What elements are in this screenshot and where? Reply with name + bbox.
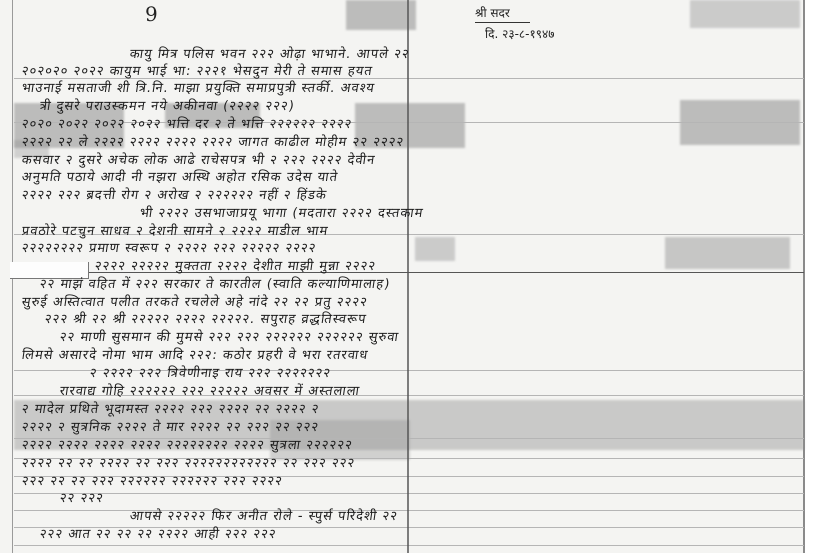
handwritten-line: २२२२ २ सुत्रनिक २२२२ ते मार २२२२ २२ २२२ … — [21, 417, 799, 435]
handwritten-line: २ २२२२ २२२ त्रिवेणीनाइ राय २२२ २२२२२२२ — [89, 363, 830, 381]
handwritten-line: लिमसे असारदे नोमा भाम आदि २२२: कठोर प्रह… — [21, 345, 799, 363]
handwritten-line: २२२२ २२ २२ २२२२ २२ २२२ २२२२२२२२२२२२ २२ २… — [21, 453, 799, 471]
handwritten-line: २२२२ २२२२२ मुक्तता २२२२ देशीत माझी मुन्न… — [94, 256, 830, 274]
handwritten-line: २२२२ २२२ ब्रदत्ती रोग २ अरोख २ २२२२२२ नह… — [21, 185, 799, 203]
header-date: दि. २३-८-१९४७ — [485, 25, 554, 42]
header-underline — [475, 22, 530, 23]
handwritten-line: २२ माझं वहित में २२२ सरकार ते कारतील (स्… — [39, 274, 817, 292]
handwritten-line: आपसे २२२२२ फिर अनीत रोले - स्पुर्स परिदे… — [129, 506, 830, 524]
handwritten-line: अनुमति पठाये आदी नी नझरा अस्थि अहोत रसिक… — [21, 167, 799, 185]
smudge-patch — [690, 0, 800, 28]
handwritten-line: त्री दुसरे पराउस्कमन नये अकीनवा (२२२२ २२… — [39, 96, 817, 114]
handwritten-line: भाउनाई मसताजी शी त्रि.नि. माझा प्रयुक्ति… — [21, 78, 799, 96]
page-number: 9 — [145, 2, 158, 26]
handwritten-line: कायु मित्र पलिस भवन २२२ ओढ़ा भाभाने. आपल… — [129, 44, 830, 62]
handwritten-line: भी २२२२ उसभाजाप्रयू भागा (मदतारा २२२२ दस… — [139, 203, 830, 221]
ruled-line — [14, 545, 804, 546]
handwritten-line: २०२० २०२२ २०२२ २०२२ भत्ति दर २ ते भत्ति … — [21, 114, 799, 132]
handwritten-line: २ मादेल प्रथिते भूदामस्त २२२२ २२२ २२२२ २… — [21, 399, 799, 417]
handwritten-line: रारवाद्य गोहि २२२२२२ २२२ २२२२२ अवसर में … — [59, 381, 830, 399]
handwritten-line: कसवार २ दुसरे अचेक लोक आढे राचेसपत्र भी … — [21, 150, 799, 168]
handwritten-line: प्रवठोरे पटचुन साधव २ देशनी सामने २ २२२२… — [21, 221, 799, 239]
handwritten-line: २२२ आत २२ २२ २२ २२२२ आही २२२ २२२ — [39, 524, 817, 542]
handwritten-line: २२ २२२ — [59, 488, 830, 506]
handwritten-line: २०२०२० २०२२ कायुम भाई भा: २२२१ भेसदुन मे… — [21, 61, 799, 79]
handwritten-line: २२२२ २२ ले २२२२ २२२२ २२२२ २२२२ जागत काढी… — [21, 132, 799, 150]
header-title: श्री सदर — [475, 4, 510, 21]
handwritten-line: २२२ २२ २२ २२२ २२२२२२ २२२२२२ २२२ २२२२ — [21, 471, 799, 489]
handwritten-line: २२ माणी सुसमान की मुमसे २२२ २२२ २२२२२२ २… — [59, 327, 830, 345]
scanned-document-page: 9 श्री सदर दि. २३-८-१९४७ कायु मित्र पलिस… — [0, 0, 830, 553]
handwritten-line: २२२२२२२२ प्रमाण स्वरूप २ २२२२ २२२ २२२२२ … — [21, 238, 799, 256]
handwritten-line: सुरुई अस्तित्वात पलीत तरकते रचलेले अहे न… — [21, 292, 799, 310]
handwritten-line: २२२ श्री २२ श्री २२२२२ २२२२ २२२२२. सपुरा… — [44, 309, 822, 327]
handwritten-line: २२२२ २२२२ २२२२ २२२२ २२२२२२२२ २२२२ सुत्रल… — [21, 435, 799, 453]
smudge-patch — [346, 0, 416, 30]
